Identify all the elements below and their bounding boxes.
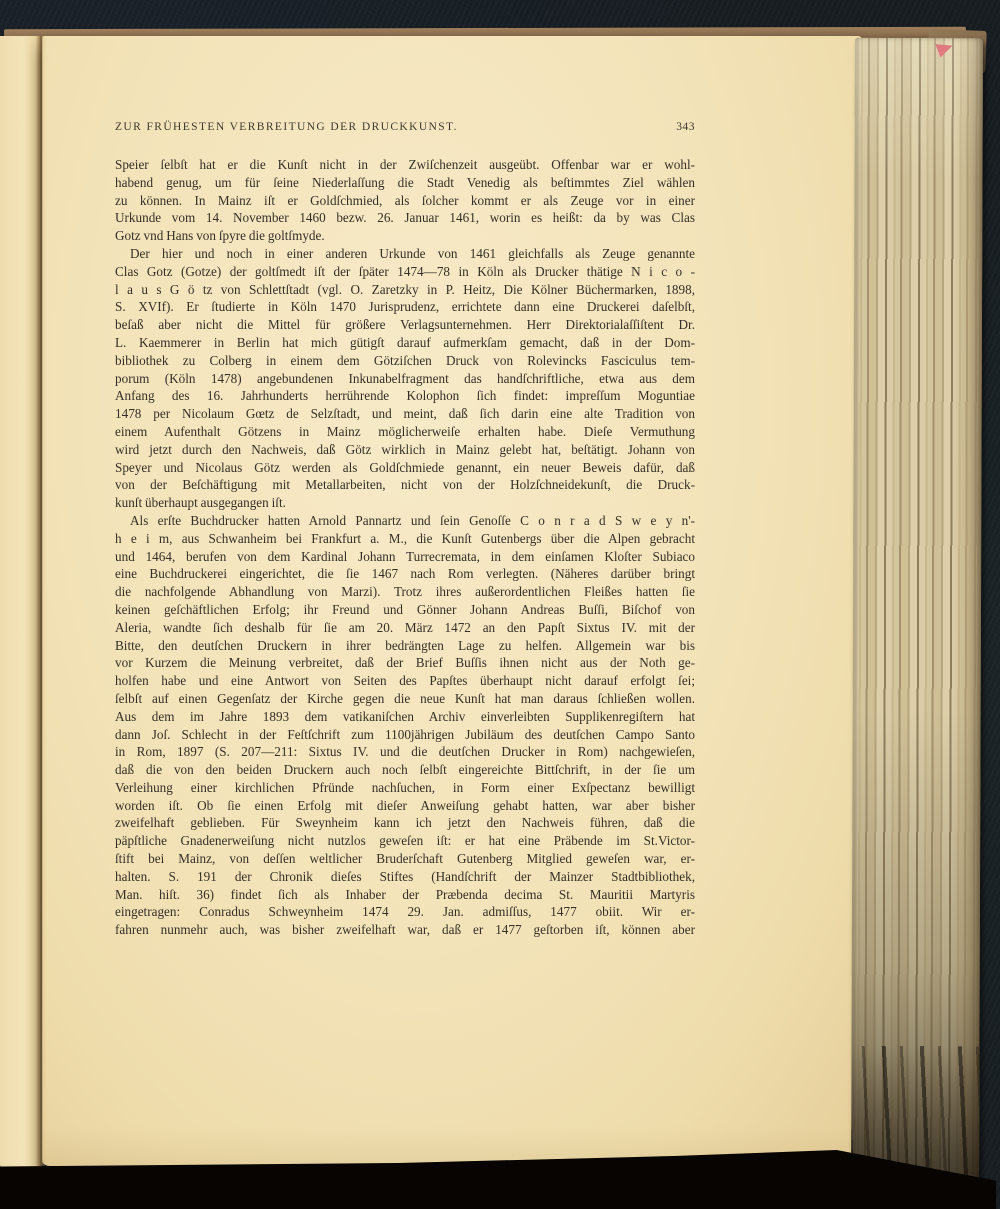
text-line: Speier ſelbſt hat er die Kunſt nicht in …: [115, 156, 695, 174]
text-line: eingetragen: Conradus Schweynheim 1474 2…: [115, 903, 695, 921]
text-line: Aus dem im Jahre 1893 dem vatikaniſchen …: [115, 708, 695, 726]
text-line: von der Beſchäftigung mit Metallarbeiten…: [115, 476, 695, 494]
text-line: holfen habe und eine Antwort von Seiten …: [115, 672, 695, 690]
text-line: ſtift bei Mainz, von deſſen weltlicher B…: [115, 850, 695, 868]
paragraph: Speier ſelbſt hat er die Kunſt nicht in …: [115, 156, 695, 245]
text-line: wird jetzt durch den Nachweis, daß Götz …: [115, 441, 695, 459]
text-line: Verleihung einer kirchlichen Pfründe nac…: [115, 779, 695, 797]
text-line: halten. S. 191 der Chronik dieſes Stifte…: [115, 868, 695, 886]
text-line: L. Kaemmerer in Berlin hat mich gütigſt …: [115, 334, 695, 352]
text-line: Urkunde vom 14. November 1460 bezw. 26. …: [115, 209, 695, 227]
book-photo-scene: ZUR FRÜHESTEN VERBREITUNG DER DRUCKKUNST…: [0, 0, 1000, 1209]
running-header-title: ZUR FRÜHESTEN VERBREITUNG DER DRUCKKUNST…: [115, 121, 458, 133]
text-line: einem Aufenthalt Götzens in Mainz möglic…: [115, 423, 695, 441]
text-line: Aleria, wandte ſich deshalb für ſie am 2…: [115, 619, 695, 637]
text-line: Clas Gotz (Gotze) der goltſmedt iſt der …: [115, 263, 695, 281]
text-line: Speyer und Nicolaus Götz werden als Gold…: [115, 459, 695, 477]
text-line: zweifelhaft geblieben. Für Sweynheim kan…: [115, 814, 695, 832]
text-line: bibliothek zu Colberg in einem dem Götzi…: [115, 352, 695, 370]
text-line: ſelbſt auf einen Gegenſatz der Kirche ge…: [115, 690, 695, 708]
book-page: ZUR FRÜHESTEN VERBREITUNG DER DRUCKKUNST…: [42, 36, 862, 1166]
text-line: eine Buchdruckerei eingerichtet, die ſie…: [115, 565, 695, 583]
text-line: daß die von den beiden Druckern auch noc…: [115, 761, 695, 779]
text-line: zu können. In Mainz iſt er Goldſchmied, …: [115, 192, 695, 210]
page-header: ZUR FRÜHESTEN VERBREITUNG DER DRUCKKUNST…: [115, 121, 695, 133]
page-number: 343: [676, 121, 695, 133]
text-line: Als erſte Buchdrucker hatten Arnold Pann…: [115, 512, 695, 530]
paragraph: Als erſte Buchdrucker hatten Arnold Pann…: [115, 512, 695, 939]
text-line: Bitte, den deutſchen Druckern in ihrer b…: [115, 637, 695, 655]
text-line: h e i m, aus Schwanheim bei Frankfurt a.…: [115, 530, 695, 548]
text-line: keinen geſchäftlichen Erfolg; ihr Freund…: [115, 601, 695, 619]
gutter-crease: [36, 36, 46, 1166]
paragraph: Der hier und noch in einer anderen Urkun…: [115, 245, 695, 512]
text-line: dann Joſ. Schlecht in der Feſtſchrift zu…: [115, 726, 695, 744]
text-line: Der hier und noch in einer anderen Urkun…: [115, 245, 695, 263]
text-line: vor Kurzem die Meinung verbreitet, daß d…: [115, 654, 695, 672]
text-line: Gotz vnd Hans von ſpyre die goltſmyde.: [115, 227, 695, 245]
text-line: S. XVIf). Er ſtudierte in Köln 1470 Juri…: [115, 298, 695, 316]
fore-edge-pages: [851, 38, 983, 1196]
text-line: die nachfolgende Abhandlung von Marzi). …: [115, 583, 695, 601]
text-line: l a u s G ö tz von Schlettſtadt (vgl. O.…: [115, 281, 695, 299]
text-line: Anfang des 16. Jahrhunderts herrührende …: [115, 387, 695, 405]
text-line: worden iſt. Ob ſie einen Erfolg mit dieſ…: [115, 797, 695, 815]
text-line: habend genug, um für ſeine Niederlaſſung…: [115, 174, 695, 192]
text-line: Man. hiſt. 36) findet ſich als Inhaber d…: [115, 886, 695, 904]
text-line: in Rom, 1897 (S. 207—211: Sixtus IV. und…: [115, 743, 695, 761]
text-line: kunſt überhaupt ausgegangen iſt.: [115, 494, 695, 512]
text-line: und 1464, berufen von dem Kardinal Johan…: [115, 548, 695, 566]
page-body: Speier ſelbſt hat er die Kunſt nicht in …: [115, 156, 695, 939]
text-line: beſaß aber nicht die Mittel für größere …: [115, 316, 695, 334]
text-line: 1478 per Nicolaum Gœtz de Selzſtadt, und…: [115, 405, 695, 423]
text-line: fahren nunmehr auch, was bisher zweifelh…: [115, 921, 695, 939]
text-line: porum (Köln 1478) angebundenen Inkunabel…: [115, 370, 695, 388]
text-line: päpſtliche Gnadenerweiſung nicht nutzlos…: [115, 832, 695, 850]
